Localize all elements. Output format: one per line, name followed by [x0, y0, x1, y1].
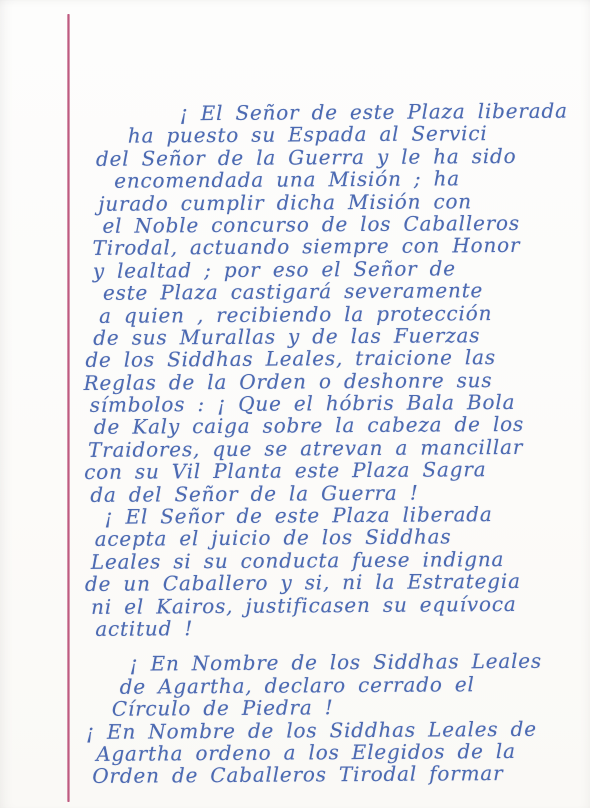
manuscript-line: ni el Kairos, justificasen su equívoca	[91, 592, 590, 618]
manuscript-line: del Señor de la Guerra y le ha sido	[96, 144, 590, 170]
margin-rule-line	[67, 14, 70, 802]
handwritten-page: ¡ El Señor de este Plaza liberadaha pues…	[0, 0, 590, 808]
manuscript-line: acepta el juicio de los Siddhas	[95, 524, 590, 550]
manuscript-line: a quien , recibiendo la protección	[99, 301, 590, 327]
manuscript-line: ¡ En Nombre de los Siddhas Leales	[129, 649, 590, 675]
manuscript-line: de Agartha, declaro cerrado el	[120, 672, 590, 698]
manuscript-line: Traidores, que se atrevan a mancillar	[88, 435, 590, 461]
manuscript-line: actitud !	[95, 614, 590, 640]
manuscript-line: este Plaza castigará severamente	[103, 278, 590, 304]
manuscript-line: Agartha ordeno a los Elegidos de la	[96, 739, 590, 765]
manuscript-line: ¡ El Señor de este Plaza liberada	[104, 502, 590, 528]
manuscript-line: encomendada una Misión ; ha	[114, 166, 590, 192]
manuscript-line: Orden de Caballeros Tirodal formar	[92, 761, 590, 787]
manuscript-line: Tirodal, actuando siempre con Honor	[93, 233, 590, 259]
manuscript-text: ¡ El Señor de este Plaza liberadaha pues…	[80, 99, 590, 788]
manuscript-line: ha puesto su Espada al Servici	[128, 121, 590, 147]
manuscript-line: ¡ El Señor de este Plaza liberada	[180, 99, 590, 125]
